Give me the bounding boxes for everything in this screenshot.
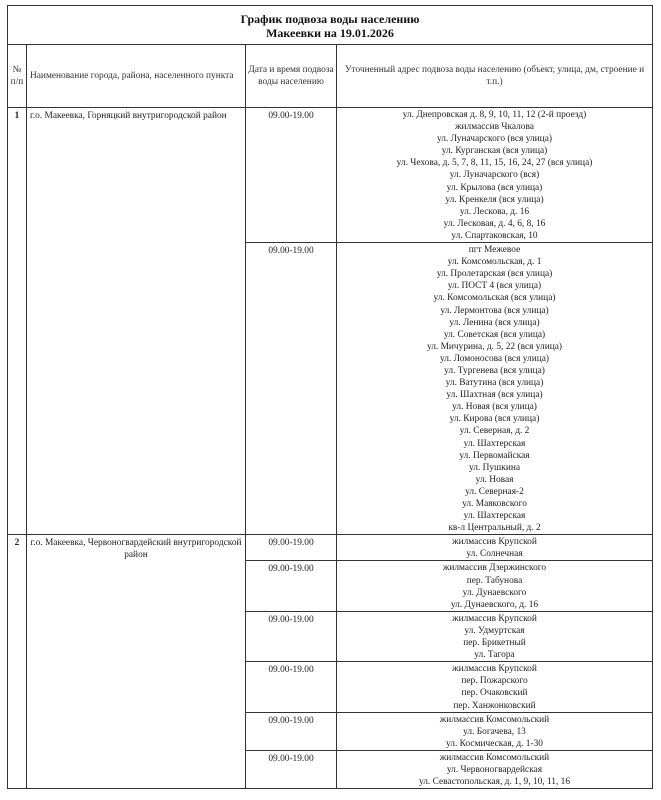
- address-item: ул. Мичурина, д. 5, 22 (вся улица): [337, 341, 652, 353]
- header-time: Дата и время подвоза воды населению: [246, 45, 337, 108]
- water-schedule-table: График подвоза воды населению Макеевки н…: [7, 5, 653, 789]
- address-item: пер. Ханжонковский: [337, 700, 652, 712]
- address-item: жилмассив Крупской: [337, 663, 652, 675]
- delivery-time: 09.00-19.00: [246, 561, 337, 611]
- header-row: № п/п Наименование города, района, насел…: [8, 45, 653, 108]
- address-item: ул. Ватутина (вся улица): [337, 377, 652, 389]
- header-address: Уточненный адрес подвоза воды населению …: [337, 45, 653, 108]
- address-item: ул. Дунаевского: [337, 587, 652, 599]
- area-name: г.о. Макеевка, Горняцкий внутригородской…: [27, 108, 246, 535]
- address-item: ул. Лескова, д. 16: [337, 206, 652, 218]
- address-item: ул. Дунаевского, д. 16: [337, 599, 652, 611]
- delivery-time: 09.00-19.00: [246, 712, 337, 750]
- address-item: жилмассив Чкалова: [337, 121, 652, 133]
- address-item: кв-л Центральный, д. 2: [337, 522, 652, 534]
- header-num: № п/п: [8, 45, 27, 108]
- address-list: ул. Днепровская д. 8, 9, 10, 11, 12 (2-й…: [337, 108, 653, 243]
- address-item: ул. Пролетарская (вся улица): [337, 268, 652, 280]
- title-line-2: Макеевки на 19.01.2026: [8, 26, 652, 40]
- address-item: ул. Курганская (вся улица): [337, 145, 652, 157]
- address-item: ул. Комсомольская (вся улица): [337, 292, 652, 304]
- address-item: ул. Ленина (вся улица): [337, 317, 652, 329]
- address-item: ул. Советская (вся улица): [337, 329, 652, 341]
- address-item: ул. Северная, д. 2: [337, 425, 652, 437]
- table-row: 2г.о. Макеевка, Червоногвардейский внутр…: [8, 535, 653, 561]
- address-list: жилмассив Крупскойпер. Пожарскогопер. Оч…: [337, 662, 653, 712]
- address-item: ул. Луначарского (вся улица): [337, 133, 652, 145]
- address-item: ул. Солнечная: [337, 548, 652, 560]
- address-item: ул. Шахтная (вся улица): [337, 389, 652, 401]
- address-item: ул. Шахтерская: [337, 510, 652, 522]
- address-item: жилмассив Крупской: [337, 613, 652, 625]
- delivery-time: 09.00-19.00: [246, 611, 337, 661]
- address-item: ул. Чехова, д. 5, 7, 8, 11, 15, 16, 24, …: [337, 157, 652, 169]
- address-item: ул. Лермонтова (вся улица): [337, 305, 652, 317]
- address-list: жилмассив Комсомольскийул. Червоногварде…: [337, 750, 653, 788]
- header-area: Наименование города, района, населенного…: [27, 45, 246, 108]
- address-list: жилмассив Дзержинскогопер. Табуноваул. Д…: [337, 561, 653, 611]
- area-name: г.о. Макеевка, Червоногвардейский внутри…: [27, 535, 246, 789]
- address-item: ул. Северная-2: [337, 486, 652, 498]
- address-list: жилмассив Крупскойул. Удмуртскаяпер. Бри…: [337, 611, 653, 661]
- address-item: ул. ПОСТ 4 (вся улица): [337, 280, 652, 292]
- address-item: пгт Межевое: [337, 244, 652, 256]
- address-item: ул. Кирова (вся улица): [337, 413, 652, 425]
- address-item: ул. Днепровская д. 8, 9, 10, 11, 12 (2-й…: [337, 109, 652, 121]
- address-item: пер. Очаковский: [337, 687, 652, 699]
- address-item: ул. Ломоносова (вся улица): [337, 353, 652, 365]
- address-item: ул. Крылова (вся улица): [337, 182, 652, 194]
- address-item: ул. Космическая, д. 1-30: [337, 738, 652, 750]
- address-item: жилмассив Комсомольский: [337, 752, 652, 764]
- schedule-body: График подвоза воды населению Макеевки н…: [8, 6, 653, 789]
- address-item: жилмассив Крупской: [337, 536, 652, 548]
- address-item: ул. Спартаковская, 10: [337, 230, 652, 242]
- address-list: пгт Межевоеул. Комсомольская, д. 1ул. Пр…: [337, 243, 653, 535]
- address-item: ул. Луначарского (вся): [337, 169, 652, 181]
- address-item: ул. Севастопольская, д. 1, 9, 10, 11, 16: [337, 776, 652, 788]
- address-item: ул. Тургенева (вся улица): [337, 365, 652, 377]
- address-item: пер. Брикетный: [337, 637, 652, 649]
- address-item: ул. Кренкеля (вся улица): [337, 194, 652, 206]
- delivery-time: 09.00-19.00: [246, 243, 337, 535]
- address-item: пер. Табунова: [337, 575, 652, 587]
- address-item: жилмассив Дзержинского: [337, 562, 652, 574]
- address-item: ул. Удмуртская: [337, 625, 652, 637]
- address-item: ул. Новая (вся улица): [337, 401, 652, 413]
- address-item: ул. Тагора: [337, 649, 652, 661]
- document-title: График подвоза воды населению Макеевки н…: [8, 6, 653, 45]
- delivery-time: 09.00-19.00: [246, 108, 337, 243]
- address-list: жилмассив Крупскойул. Солнечная: [337, 535, 653, 561]
- address-item: ул. Новая: [337, 474, 652, 486]
- title-line-1: График подвоза воды населению: [8, 12, 652, 26]
- table-row: 1г.о. Макеевка, Горняцкий внутригородско…: [8, 108, 653, 243]
- delivery-time: 09.00-19.00: [246, 662, 337, 712]
- address-item: ул. Маяковского: [337, 498, 652, 510]
- row-number: 2: [8, 535, 27, 789]
- address-item: ул. Лесковая, д. 4, 6, 8, 16: [337, 218, 652, 230]
- row-number: 1: [8, 108, 27, 535]
- address-item: ул. Богачева, 13: [337, 726, 652, 738]
- address-item: ул. Шахтерская: [337, 438, 652, 450]
- title-row: График подвоза воды населению Макеевки н…: [8, 6, 653, 45]
- address-item: жилмассив Комсомольский: [337, 714, 652, 726]
- address-item: ул. Червоногвардейская: [337, 764, 652, 776]
- address-item: ул. Пушкина: [337, 462, 652, 474]
- address-list: жилмассив Комсомольскийул. Богачева, 13у…: [337, 712, 653, 750]
- delivery-time: 09.00-19.00: [246, 750, 337, 788]
- address-item: ул. Комсомольская, д. 1: [337, 256, 652, 268]
- address-item: пер. Пожарского: [337, 675, 652, 687]
- delivery-time: 09.00-19.00: [246, 535, 337, 561]
- address-item: ул. Первомайская: [337, 450, 652, 462]
